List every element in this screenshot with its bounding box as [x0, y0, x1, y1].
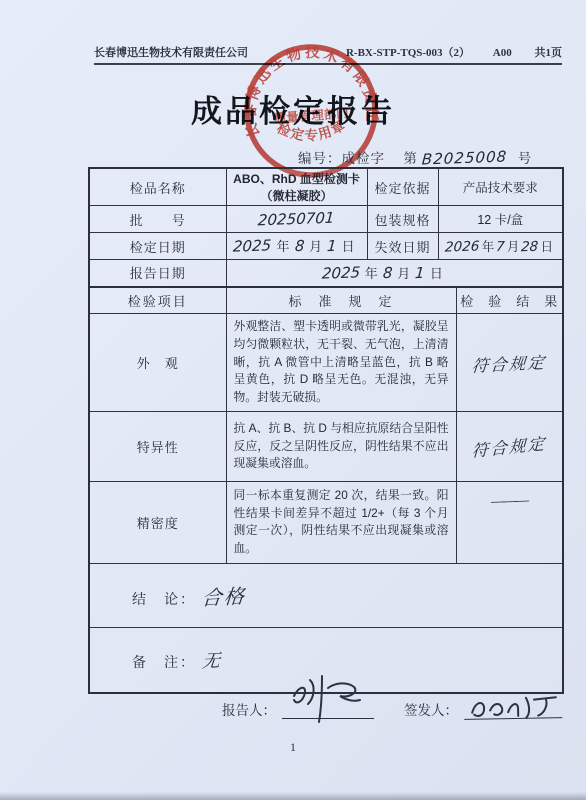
batch-label: 批 号: [89, 206, 226, 233]
inspection-table: 检验项目 标 准 规 定 检 验 结 果 外 观 外观整洁、塑卡透明或微带乳光，…: [88, 286, 564, 694]
report-year: 2025: [321, 263, 361, 282]
col-standard-header: 标 准 规 定: [226, 287, 456, 314]
scanned-report-page: 长春博迅生物技术有限责任公司 R-BX-STP-TQS-003（2） A00 共…: [0, 0, 586, 800]
page-number: 1: [0, 740, 586, 755]
test-date-value: 2025年8月1日: [226, 233, 367, 260]
report-date-value: 2025年8月1日: [226, 260, 563, 287]
conclusion-value-handwritten: 合格: [200, 580, 247, 611]
test-year: 2025: [233, 236, 273, 255]
year-char: 年: [365, 266, 378, 281]
item-result-handwritten: 符合规定: [471, 349, 548, 377]
report-number-line: 编号：成检字 第 B2025008 号: [298, 147, 532, 167]
stamp-arc-text: 长春博迅生物技术有限责任公司: [235, 35, 383, 141]
month-char: 月: [309, 239, 322, 254]
issuer-signature-line: [464, 687, 563, 720]
report-date-label: 报告日期: [89, 260, 226, 287]
expiry-month: 7: [496, 238, 506, 254]
item-standard: 抗 A、抗 B、抗 D 与相应抗原结合呈阳性反应，反之呈阴性反应，阴性结果不应出…: [226, 411, 456, 481]
doc-revision: A00: [493, 47, 512, 59]
conclusion-label: 结 论：: [132, 593, 196, 608]
pack-value: 12 卡/盒: [438, 206, 563, 233]
name-label: 检品名称: [89, 168, 226, 206]
info-table: 检品名称 ABO、RhD 血型检测卡（微柱凝胶） 检定依据 产品技术要求 批 号…: [88, 167, 564, 288]
table-row: 报告日期 2025年8月1日: [89, 260, 563, 287]
table-row: 检定日期 2025年8月1日 失效日期 2026年7月28日: [89, 233, 563, 260]
table-row: 检品名称 ABO、RhD 血型检测卡（微柱凝胶） 检定依据 产品技术要求: [89, 168, 563, 206]
month-char: 月: [507, 240, 520, 254]
report-number-handwritten: B2025008: [421, 148, 508, 169]
col-result-header: 检 验 结 果: [456, 287, 563, 314]
item-name: 精密度: [89, 481, 226, 563]
reporter-signature: [286, 672, 370, 724]
report-month: 8: [382, 264, 393, 282]
expiry-year: 2026: [445, 238, 481, 255]
day-char: 日: [430, 266, 443, 281]
day-char: 日: [342, 239, 355, 254]
issuer-signature: [468, 689, 561, 725]
expiry-date-label: 失效日期: [367, 233, 438, 260]
expiry-date-value: 2026年7月28日: [438, 233, 563, 260]
basis-value: 产品技术要求: [438, 168, 563, 206]
table-row: 外 观 外观整洁、塑卡透明或微带乳光，凝胶呈均匀微颗粒状，无干裂、无气泡，上清清…: [89, 314, 563, 411]
report-tables: 检品名称 ABO、RhD 血型检测卡（微柱凝胶） 检定依据 产品技术要求 批 号…: [88, 167, 562, 694]
company-name: 长春博迅生物技术有限责任公司: [94, 44, 248, 60]
basis-label: 检定依据: [367, 168, 438, 206]
item-name: 特异性: [89, 411, 226, 481]
test-date-label: 检定日期: [89, 233, 226, 260]
remark-value-handwritten: 无: [200, 647, 222, 674]
table-row: 特异性 抗 A、抗 B、抗 D 与相应抗原结合呈阳性反应，反之呈阴性反应，阴性结…: [89, 411, 563, 481]
remark-label: 备 注：: [132, 656, 196, 671]
test-day: 1: [326, 237, 337, 255]
item-name: 外 观: [89, 314, 226, 411]
batch-value-handwritten: 20250701: [258, 208, 336, 229]
number-prefix: 第: [403, 151, 418, 166]
year-char: 年: [482, 240, 495, 254]
conclusion-row: 结 论： 合格: [89, 563, 563, 627]
name-value: ABO、RhD 血型检测卡（微柱凝胶）: [226, 168, 367, 206]
table-header-row: 检验项目 标 准 规 定 检 验 结 果: [89, 287, 563, 314]
item-standard: 同一标本重复测定 20 次，结果一致。阳性结果卡间差异不超过 1/2+（每 3 …: [226, 481, 456, 563]
issuer-label: 签发人：: [404, 699, 458, 719]
report-day: 1: [415, 264, 426, 282]
expiry-day: 28: [521, 238, 539, 255]
doc-pages: 共1页: [535, 47, 563, 59]
day-char: 日: [541, 240, 554, 254]
table-row: 精密度 同一标本重复测定 20 次，结果一致。阳性结果卡间差异不超过 1/2+（…: [89, 481, 563, 563]
item-result-handwritten: 符合规定: [471, 431, 547, 463]
number-suffix: 号: [518, 151, 533, 166]
reporter-label: 报告人：: [222, 699, 276, 719]
item-standard: 外观整洁、塑卡透明或微带乳光，凝胶呈均匀微颗粒状，无干裂、无气泡，上清清晰，抗 …: [226, 314, 456, 411]
col-item-header: 检验项目: [89, 287, 226, 314]
conclusion-cell: 结 论： 合格: [89, 563, 563, 627]
number-label: 编号：成检字: [298, 151, 385, 166]
pack-label: 包装规格: [367, 206, 438, 233]
month-char: 月: [397, 266, 410, 281]
signature-row: 报告人： 签发人：: [222, 688, 562, 719]
svg-text:长春博迅生物技术有限责任公司: 长春博迅生物技术有限责任公司: [235, 35, 383, 141]
item-result-dash: ———: [491, 493, 528, 510]
year-char: 年: [277, 239, 290, 254]
test-month: 8: [294, 237, 305, 255]
table-row: 批 号 20250701 包装规格 12 卡/盒: [89, 206, 563, 233]
reporter-signature-line: [282, 688, 374, 719]
